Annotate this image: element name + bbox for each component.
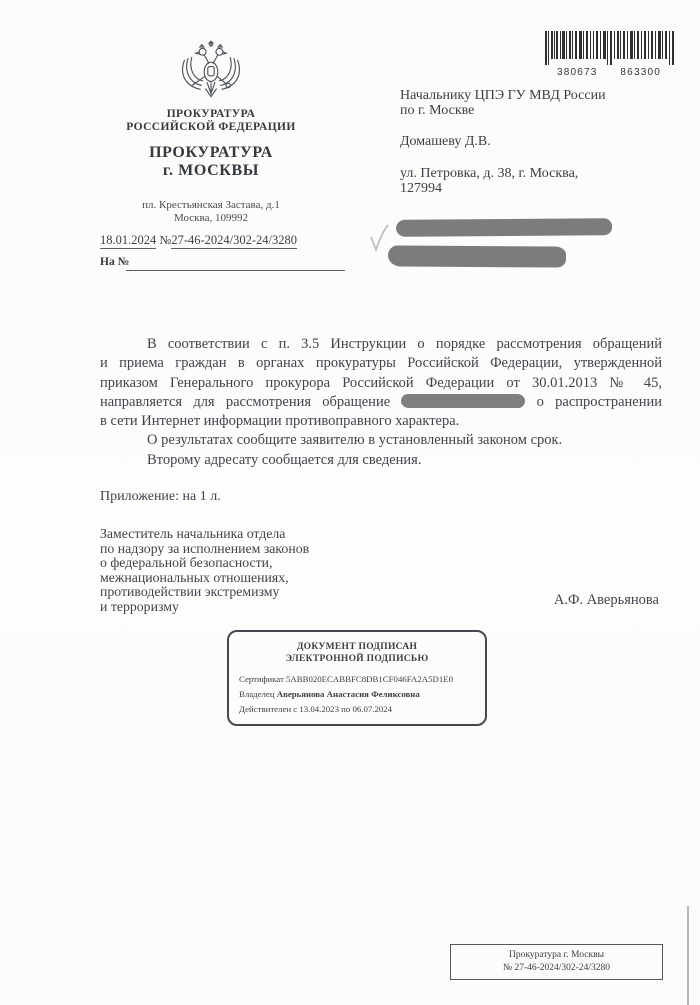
- letterhead: ПРОКУРАТУРА РОССИЙСКОЙ ФЕДЕРАЦИИ ПРОКУРА…: [100, 38, 322, 224]
- office-address-line2: Москва, 109992: [100, 212, 322, 224]
- recipient-address-line1: ул. Петровка, д. 38, г. Москва,: [400, 166, 675, 181]
- document-date: 18.01.2024: [100, 233, 156, 249]
- esign-certificate-value: 5ABB020ECABBFC8DB1CF046FA2A5D1E0: [286, 674, 453, 684]
- registration-stamp-number: № 27-46-2024/302-24/3280: [451, 963, 662, 973]
- body-paragraph-2: О результатах сообщите заявителю в устан…: [100, 431, 662, 450]
- recipient-org-line1: Начальнику ЦПЭ ГУ МВД России: [400, 88, 675, 103]
- body-line-before-redaction: направляется для рассмотрения обращение: [100, 394, 390, 410]
- reference-blank-line: [126, 270, 345, 271]
- redaction-bar-inline: [401, 394, 525, 408]
- signer-position-line: по надзору за исполнением законов: [100, 542, 380, 557]
- document-number: 27-46-2024/302-24/3280: [171, 233, 297, 249]
- office-title-line2: г. МОСКВЫ: [100, 162, 322, 180]
- barcode-bars: [545, 31, 675, 69]
- org-name-line1: ПРОКУРАТУРА: [100, 108, 322, 121]
- office-title-line1: ПРОКУРАТУРА: [100, 144, 322, 162]
- recipient-address-line2: 127994: [400, 181, 675, 196]
- electronic-signature-stamp: ДОКУМЕНТ ПОДПИСАН ЭЛЕКТРОННОЙ ПОДПИСЬЮ С…: [227, 630, 487, 726]
- signer-position-line: межнациональных отношениях,: [100, 571, 380, 586]
- checkmark-mark: [368, 222, 392, 254]
- attachment-note: Приложение: на 1 л.: [100, 489, 221, 505]
- registration-stamp: Прокуратура г. Москвы № 27-46-2024/302-2…: [450, 944, 663, 980]
- body-line-after-redaction: о распространении: [537, 394, 662, 410]
- recipient-name: Домашеву Д.В.: [400, 134, 675, 149]
- date-number-line: 18.01.2024 №27-46-2024/302-24/3280: [100, 233, 380, 248]
- esign-owner-value: Аверьянова Анастасия Феликсовна: [277, 689, 420, 699]
- number-sign: №: [159, 233, 171, 247]
- coat-of-arms-icon: [175, 38, 247, 104]
- body-line: в сети Интернет информации противоправно…: [100, 412, 662, 431]
- body-paragraph-3: Второму адресату сообщается для сведения…: [100, 451, 662, 470]
- esign-certificate-label: Сертификат: [239, 674, 284, 684]
- signer-position-line: противодействии экстремизму: [100, 585, 380, 600]
- esign-owner-label: Владелец: [239, 689, 275, 699]
- esign-title-line2: ЭЛЕКТРОННОЙ ПОДПИСЬЮ: [229, 653, 485, 665]
- redaction-bar-1: [396, 218, 612, 237]
- esign-owner-line: Владелец Аверьянова Анастасия Феликсовна: [239, 687, 485, 702]
- redaction-bar-2: [388, 245, 566, 267]
- body-line: В соответствии с п. 3.5 Инструкции о пор…: [100, 335, 662, 354]
- org-name-line2: РОССИЙСКОЙ ФЕДЕРАЦИИ: [100, 121, 322, 134]
- signer-position-block: Заместитель начальника отдела по надзору…: [100, 527, 380, 615]
- letter-body: В соответствии с п. 3.5 Инструкции о пор…: [100, 335, 662, 470]
- recipient-block: Начальнику ЦПЭ ГУ МВД России по г. Москв…: [400, 88, 675, 196]
- signer-position-line: Заместитель начальника отдела: [100, 527, 380, 542]
- esign-certificate-line: Сертификат 5ABB020ECABBFC8DB1CF046FA2A5D…: [239, 672, 485, 687]
- esign-title-line1: ДОКУМЕНТ ПОДПИСАН: [229, 641, 485, 653]
- signer-position-line: о федеральной безопасности,: [100, 556, 380, 571]
- barcode-number-right: 863300: [620, 67, 661, 78]
- body-line: приказом Генерального прокурора Российск…: [100, 374, 662, 393]
- scan-artifact-line: [687, 906, 689, 1005]
- signer-position-line: и терроризму: [100, 600, 380, 615]
- recipient-org-line2: по г. Москве: [400, 103, 675, 118]
- reference-label: На №: [100, 256, 129, 268]
- signer-name: А.Ф. Аверьянова: [554, 592, 659, 609]
- barcode: 380673 863300: [545, 31, 675, 78]
- esign-validity-line: Действителен с 13.04.2023 по 06.07.2024: [239, 702, 485, 717]
- registration-stamp-org: Прокуратура г. Москвы: [451, 950, 662, 960]
- barcode-number-left: 380673: [557, 67, 598, 78]
- scanned-letter-page: ПРОКУРАТУРА РОССИЙСКОЙ ФЕДЕРАЦИИ ПРОКУРА…: [0, 0, 700, 1005]
- body-line-with-redaction: направляется для рассмотрения обращение …: [100, 393, 662, 412]
- office-address-line1: пл. Крестьянская Застава, д.1: [100, 199, 322, 211]
- body-line: и приема граждан в органах прокуратуры Р…: [100, 354, 662, 373]
